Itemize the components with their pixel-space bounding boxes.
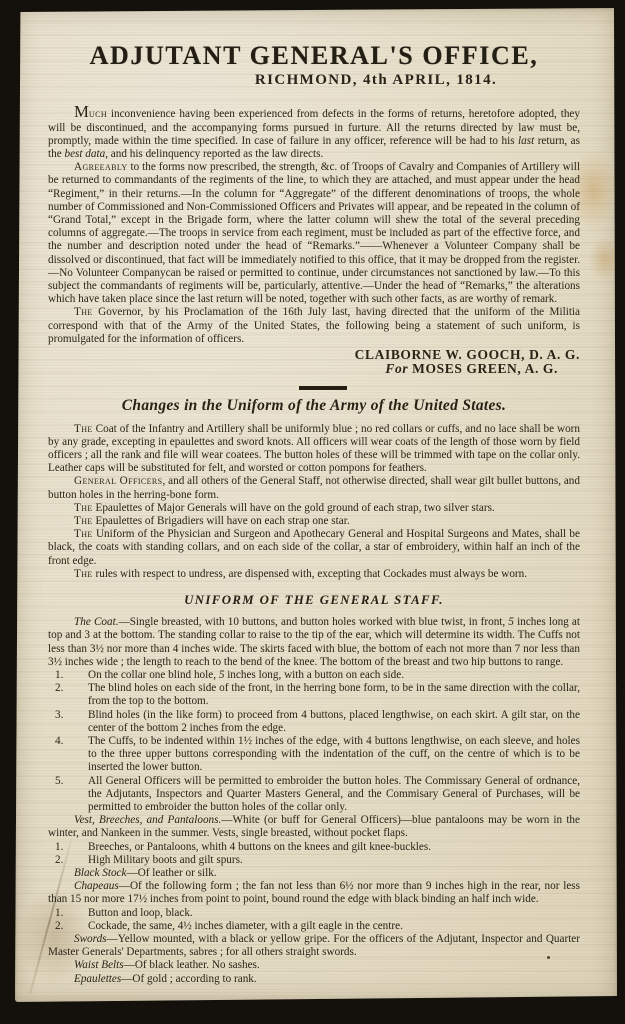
text-segment: Coat of the Infantry and Artillery shall… — [48, 423, 580, 475]
list-item: 1.Button and loop, black. — [48, 907, 580, 920]
text-segment: UNIFORM OF THE GENERAL STAFF. — [184, 593, 444, 607]
section-heading-uniform: UNIFORM OF THE GENERAL STAFF. — [48, 594, 580, 607]
text-segment: MOSES GREEN, A. G. — [408, 361, 558, 376]
list-number: 4. — [55, 735, 63, 748]
text-segment: —Of black leather. No sashes. — [124, 959, 260, 971]
text-segment: rules with respect to undress, are dispe… — [93, 568, 527, 580]
text-segment: Black Stock — [74, 867, 127, 879]
text-segment: uch — [89, 108, 107, 120]
paragraph: The Epaulettes of Major Generals will ha… — [48, 502, 580, 515]
document-body: Much inconvenience having been experienc… — [48, 104, 580, 986]
text-segment: —Yellow mounted, with a black or yellow … — [48, 933, 580, 958]
document-dateline: RICHMOND, 4th APRIL, 1814. — [110, 72, 625, 89]
list-number: 1. — [55, 841, 63, 854]
text-segment: inches long, with a button on each side. — [224, 669, 404, 681]
list-number: 2. — [55, 854, 63, 867]
list-item: 3.Blind holes (in the like form) to proc… — [48, 709, 580, 735]
paragraph: Chapeaus—Of the following form ; the fan… — [48, 880, 580, 906]
text-segment: RICHMOND, 4th APRIL, 1814. — [255, 72, 497, 88]
paragraph: Black Stock—Of leather or silk. — [48, 867, 580, 880]
paragraph: The Epaulettes of Brigadiers will have o… — [48, 515, 580, 528]
list-number: 3. — [55, 709, 63, 722]
text-segment: Blind holes (in the like form) to procee… — [88, 709, 580, 734]
text-segment: High Military boots and gilt spurs. — [88, 854, 243, 866]
text-segment: last — [518, 135, 534, 147]
text-segment: Breeches, or Pantaloons, whith 4 buttons… — [88, 841, 431, 853]
text-segment: Agreeably — [74, 161, 128, 173]
signature-line: CLAIBORNE W. GOOCH, D. A. G. — [48, 348, 580, 361]
list-item: 2.The blind holes on each side of the fr… — [48, 682, 580, 708]
text-segment: On the collar one blind hole, — [88, 669, 219, 681]
text-segment: Epaulettes of Major Generals will have o… — [93, 502, 495, 514]
text-segment: Cockade, the same, 4½ inches diameter, w… — [88, 920, 403, 932]
text-segment: —Of gold ; according to rank. — [121, 973, 256, 985]
paragraph: Epaulettes—Of gold ; according to rank. — [48, 973, 580, 986]
paragraph: Vest, Breeches, and Pantaloons.—White (o… — [48, 814, 580, 840]
text-segment: The — [74, 306, 93, 318]
paragraph: The Coat of the Infantry and Artillery s… — [48, 423, 580, 476]
text-segment: , and his delinquency reported as the la… — [105, 148, 323, 160]
text-segment: CLAIBORNE W. GOOCH, D. A. G. — [355, 347, 580, 362]
list-item: 1.On the collar one blind hole, 5 inches… — [48, 669, 580, 682]
text-segment: Uniform of the Physician and Surgeon and… — [48, 528, 580, 566]
text-segment: General Officers — [74, 475, 163, 487]
text-segment: The — [74, 515, 93, 527]
divider-rule — [299, 386, 347, 390]
list-item: 2.Cockade, the same, 4½ inches diameter,… — [48, 920, 580, 933]
paragraph: Much inconvenience having been experienc… — [48, 104, 580, 161]
paragraph: Waist Belts—Of black leather. No sashes. — [48, 959, 580, 972]
paragraph: The rules with respect to undress, are d… — [48, 568, 580, 581]
text-segment: Epaulettes — [74, 973, 121, 985]
paragraph: The Coat.—Single breasted, with 10 butto… — [48, 616, 580, 669]
list-item: 5.All General Officers will be permitted… — [48, 775, 580, 815]
text-segment: The — [74, 423, 93, 435]
text-segment: For — [385, 361, 408, 376]
text-segment: inconvenience having been experienced fr… — [48, 108, 580, 146]
signature-line-2: For MOSES GREEN, A. G. — [48, 362, 558, 375]
list-number: 5. — [55, 775, 63, 788]
list-number: 2. — [55, 920, 63, 933]
text-segment: M — [74, 102, 89, 121]
paragraph: The Governor, by his Proclamation of the… — [48, 306, 580, 346]
paragraph: General Officers, and all others of the … — [48, 475, 580, 501]
text-segment: Chapeaus — [74, 880, 119, 892]
list-number: 1. — [55, 669, 63, 682]
text-segment: Vest, Breeches, and Pantaloons. — [74, 814, 221, 826]
paragraph: The Uniform of the Physician and Surgeon… — [48, 528, 580, 568]
text-segment: Governor, by his Proclamation of the 16t… — [48, 306, 580, 344]
document-page: ADJUTANT GENERAL'S OFFICE,RICHMOND, 4th … — [15, 8, 617, 1002]
document-title: ADJUTANT GENERAL'S OFFICE, — [48, 42, 580, 69]
list-item: 1.Breeches, or Pantaloons, whith 4 butto… — [48, 841, 580, 854]
text-segment: The blind holes on each side of the fron… — [88, 682, 580, 707]
text-segment: The — [74, 502, 93, 514]
text-segment: Swords — [74, 933, 107, 945]
text-segment: The Coat. — [74, 616, 119, 628]
text-segment: —Of leather or silk. — [127, 867, 217, 879]
text-segment: Button and loop, black. — [88, 907, 193, 919]
text-segment: best data — [64, 148, 105, 160]
text-segment: —Single breasted, with 10 buttons, and b… — [119, 616, 509, 628]
text-segment: to the forms now prescribed, the strengt… — [48, 161, 580, 305]
text-segment: —Of the following form ; the fan not les… — [48, 880, 580, 905]
list-number: 1. — [55, 907, 63, 920]
paragraph: Agreeably to the forms now prescribed, t… — [48, 161, 580, 306]
text-segment: Waist Belts — [74, 959, 124, 971]
section-heading-changes: Changes in the Uniform of the Army of th… — [48, 399, 580, 412]
photograph-background: { "page": { "background_color": "#14100b… — [0, 0, 625, 1024]
paragraph: Swords—Yellow mounted, with a black or y… — [48, 933, 580, 959]
text-segment: Epaulettes of Brigadiers will have on ea… — [93, 515, 350, 527]
text-segment: The — [74, 528, 93, 540]
list-item: 2.High Military boots and gilt spurs. — [48, 854, 580, 867]
list-number: 2. — [55, 682, 63, 695]
text-segment: All General Officers will be permitted t… — [88, 775, 580, 813]
list-item: 4.The Cuffs, to be indented within 1½ in… — [48, 735, 580, 775]
text-segment: ADJUTANT GENERAL'S OFFICE, — [90, 41, 539, 70]
text-segment: Changes in the Uniform of the Army of th… — [122, 397, 506, 414]
document-content: ADJUTANT GENERAL'S OFFICE,RICHMOND, 4th … — [15, 8, 617, 986]
text-segment: The — [74, 568, 93, 580]
text-segment: The Cuffs, to be indented within 1½ inch… — [88, 735, 580, 773]
